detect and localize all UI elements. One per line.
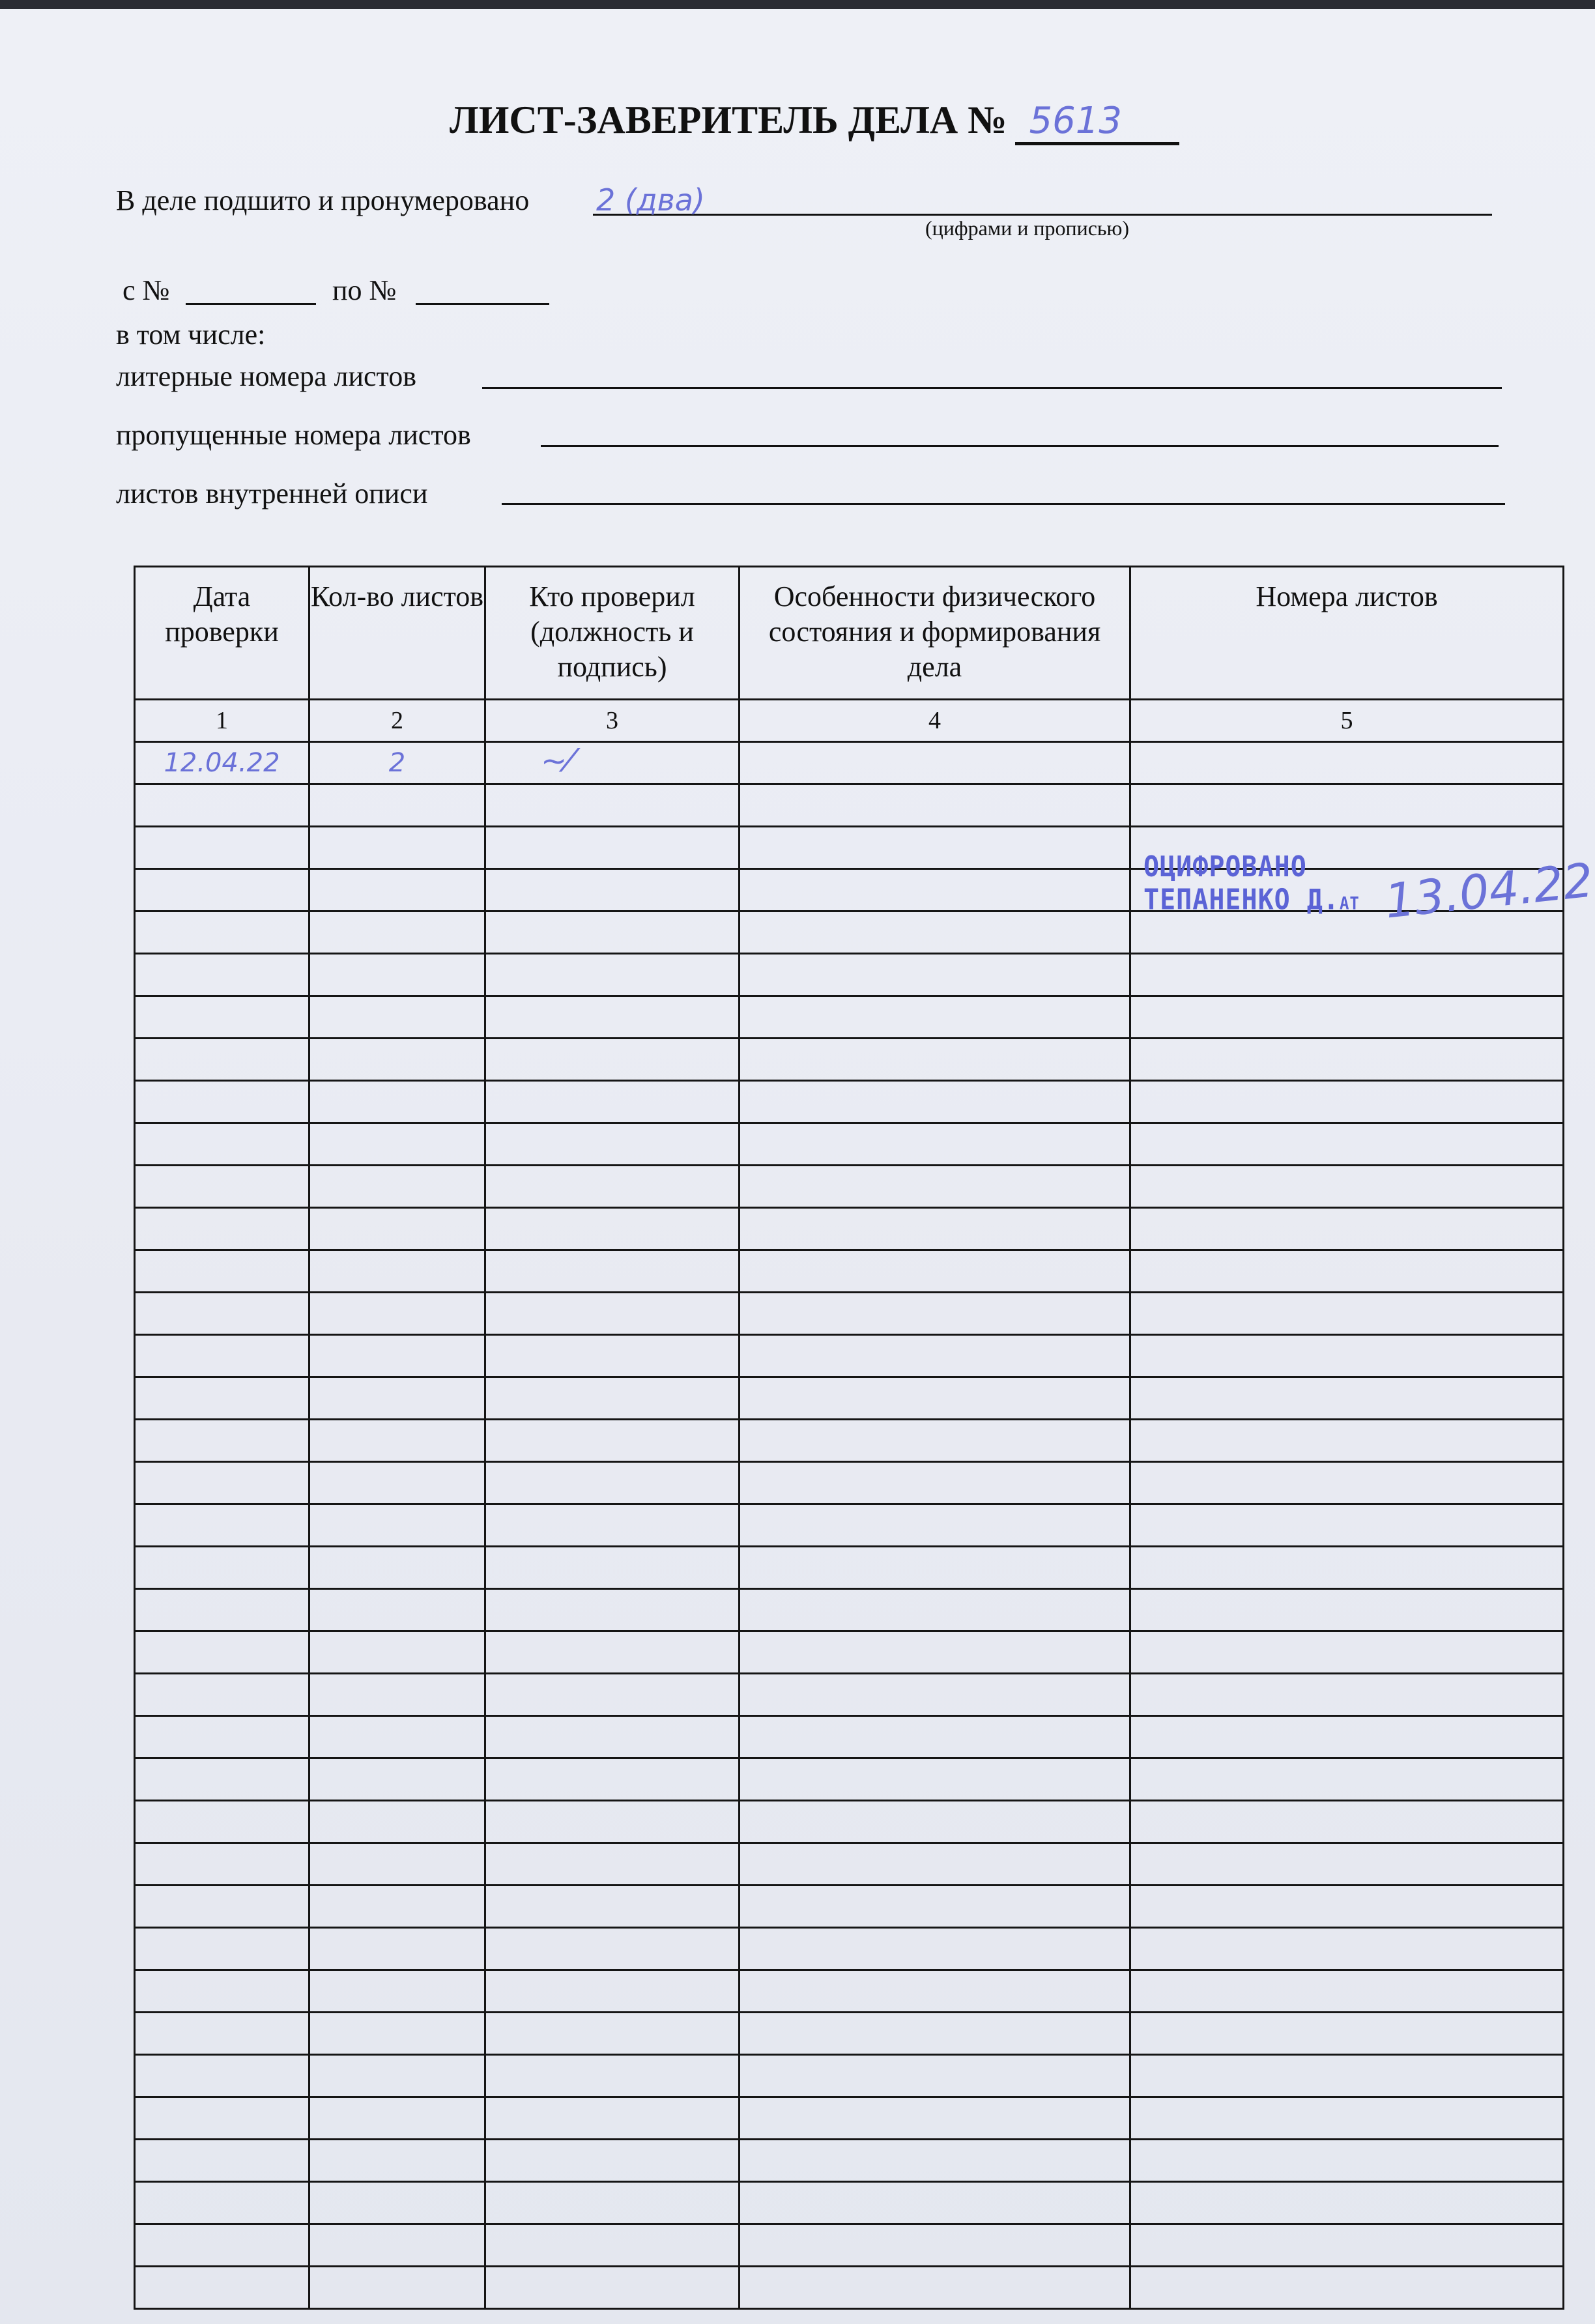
sheet-count-cell[interactable] — [309, 1250, 485, 1293]
digitized-stamp: ОЦИФРОВАНО ТЕПАНЕНКО Д.АТ — [1143, 850, 1360, 920]
sheet-numbers-cell[interactable] — [1130, 1335, 1564, 1377]
table-row — [135, 1293, 1564, 1335]
condition-cell[interactable] — [740, 2055, 1130, 2097]
stamp-line-2: ТЕПАНЕНКО Д. — [1143, 883, 1340, 917]
header-sheet-numbers: Номера листов — [1130, 567, 1564, 700]
sheet-numbers-cell[interactable] — [1130, 1631, 1564, 1674]
sheet-count-cell[interactable] — [309, 1504, 485, 1547]
date-cell[interactable] — [135, 1208, 309, 1250]
sheet-count-cell[interactable] — [309, 1208, 485, 1250]
letter-numbers-label: литерные номера листов — [116, 360, 416, 393]
sheet-count-cell[interactable] — [309, 2097, 485, 2140]
page-title: ЛИСТ-ЗАВЕРИТЕЛЬ ДЕЛА №5613 — [450, 98, 1179, 145]
checked-by-cell[interactable] — [485, 911, 740, 954]
title-text: ЛИСТ-ЗАВЕРИТЕЛЬ ДЕЛА № — [450, 98, 1007, 141]
table-row — [135, 1843, 1564, 1886]
column-number: 1 — [135, 700, 309, 742]
sheet-numbers-cell[interactable] — [1130, 954, 1564, 996]
date-cell[interactable] — [135, 2140, 309, 2182]
sheet-count-cell[interactable] — [309, 954, 485, 996]
condition-cell[interactable] — [740, 784, 1130, 827]
sheet-numbers-cell[interactable] — [1130, 2267, 1564, 2309]
stamp-suffix: АТ — [1340, 893, 1360, 913]
sheet-numbers-cell[interactable] — [1130, 1123, 1564, 1166]
sheet-numbers-cell[interactable] — [1130, 1250, 1564, 1293]
checked-by-cell[interactable] — [485, 827, 740, 869]
condition-cell[interactable] — [740, 954, 1130, 996]
sheet-numbers-cell[interactable] — [1130, 1928, 1564, 1970]
column-number: 4 — [740, 700, 1130, 742]
table-row — [135, 1250, 1564, 1293]
sheet-numbers-cell[interactable] — [1130, 1589, 1564, 1631]
sheet-numbers-cell[interactable] — [1130, 1716, 1564, 1758]
sheet-numbers-cell[interactable] — [1130, 1674, 1564, 1716]
sheet-count-cell[interactable] — [309, 2267, 485, 2309]
sheet-count-cell[interactable] — [309, 1970, 485, 2013]
table-row — [135, 1970, 1564, 2013]
table-row — [135, 1547, 1564, 1589]
missing-numbers-field[interactable] — [541, 445, 1499, 447]
date-cell[interactable] — [135, 2267, 309, 2309]
sheet-count-cell[interactable] — [309, 1166, 485, 1208]
table-row — [135, 1716, 1564, 1758]
checked-by-cell[interactable] — [485, 1123, 740, 1166]
date-cell[interactable] — [135, 996, 309, 1039]
table-row — [135, 954, 1564, 996]
sheet-numbers-cell[interactable] — [1130, 1081, 1564, 1123]
sheet-count-cell[interactable] — [309, 1843, 485, 1886]
condition-cell[interactable] — [740, 2140, 1130, 2182]
table-row — [135, 1081, 1564, 1123]
sheet-numbers-cell[interactable] — [1130, 2182, 1564, 2224]
sheet-numbers-cell[interactable] — [1130, 1547, 1564, 1589]
checked-by-cell[interactable] — [485, 1589, 740, 1631]
table-row — [135, 1420, 1564, 1462]
sheet-count-cell[interactable] — [309, 1293, 485, 1335]
table-row — [135, 1801, 1564, 1843]
checked-by-cell[interactable] — [485, 2055, 740, 2097]
table-row — [135, 1123, 1564, 1166]
sewn-label: В деле подшито и пронумеровано — [116, 184, 529, 217]
sheet-count-cell[interactable] — [309, 2224, 485, 2267]
sheet-count-cell[interactable] — [309, 1928, 485, 1970]
table-row — [135, 1462, 1564, 1504]
date-cell[interactable] — [135, 869, 309, 911]
table-header-row: Дата проверки Кол-во листов Кто проверил… — [135, 567, 1564, 700]
table-row — [135, 2182, 1564, 2224]
sheet-numbers-cell[interactable] — [1130, 1843, 1564, 1886]
condition-cell[interactable] — [740, 1293, 1130, 1335]
date-cell[interactable] — [135, 1801, 309, 1843]
sheet-numbers-cell[interactable] — [1130, 996, 1564, 1039]
header-date: Дата проверки — [135, 567, 309, 700]
table-row — [135, 1886, 1564, 1928]
condition-cell[interactable] — [740, 1801, 1130, 1843]
table-row — [135, 1758, 1564, 1801]
checked-by-cell[interactable] — [485, 1631, 740, 1674]
sheet-numbers-cell[interactable] — [1130, 1970, 1564, 2013]
date-cell[interactable] — [135, 1039, 309, 1081]
sheet-numbers-cell[interactable] — [1130, 1758, 1564, 1801]
sheet-count-cell[interactable] — [309, 1674, 485, 1716]
date-cell[interactable] — [135, 2224, 309, 2267]
condition-cell[interactable] — [740, 1420, 1130, 1462]
date-cell[interactable] — [135, 954, 309, 996]
table-row — [135, 2140, 1564, 2182]
condition-cell[interactable] — [740, 996, 1130, 1039]
date-cell[interactable] — [135, 1970, 309, 2013]
checked-by-cell[interactable] — [485, 742, 740, 784]
condition-cell[interactable] — [740, 1123, 1130, 1166]
condition-cell[interactable] — [740, 1208, 1130, 1250]
from-label: с № — [122, 274, 170, 307]
sheet-numbers-cell[interactable] — [1130, 1208, 1564, 1250]
checked-by-cell[interactable] — [485, 1758, 740, 1801]
date-cell[interactable] — [135, 2182, 309, 2224]
checked-by-cell[interactable] — [485, 1420, 740, 1462]
condition-cell[interactable] — [740, 2224, 1130, 2267]
date-cell[interactable] — [135, 1377, 309, 1420]
condition-cell[interactable] — [740, 1250, 1130, 1293]
sheet-count-cell[interactable] — [309, 784, 485, 827]
sheet-numbers-cell[interactable] — [1130, 742, 1564, 784]
checked-by-cell[interactable] — [485, 2224, 740, 2267]
condition-cell[interactable] — [740, 1758, 1130, 1801]
table-row — [135, 1377, 1564, 1420]
sewn-hint: (цифрами и прописью) — [925, 216, 1129, 240]
condition-cell[interactable] — [740, 742, 1130, 784]
date-cell[interactable] — [135, 1843, 309, 1886]
table-row — [135, 2055, 1564, 2097]
sheet-numbers-cell[interactable] — [1130, 1039, 1564, 1081]
letter-numbers-field[interactable] — [482, 387, 1502, 389]
sheet-count-cell[interactable]: 2 — [309, 742, 485, 784]
checked-by-cell[interactable] — [485, 954, 740, 996]
date-cell[interactable] — [135, 1758, 309, 1801]
sheet-numbers-cell[interactable] — [1130, 1504, 1564, 1547]
sheet-count-cell[interactable] — [309, 1631, 485, 1674]
sheet-count-cell[interactable] — [309, 2055, 485, 2097]
checked-by-cell[interactable] — [485, 1081, 740, 1123]
date-cell[interactable] — [135, 1631, 309, 1674]
condition-cell[interactable] — [740, 2267, 1130, 2309]
checked-by-cell[interactable] — [485, 1250, 740, 1293]
condition-cell[interactable] — [740, 1970, 1130, 2013]
checked-by-cell[interactable] — [485, 1674, 740, 1716]
condition-cell[interactable] — [740, 1631, 1130, 1674]
column-number: 5 — [1130, 700, 1564, 742]
sheet-count-cell[interactable] — [309, 827, 485, 869]
table-row: 12.04.22 2 — [135, 742, 1564, 784]
sheet-numbers-cell[interactable] — [1130, 1293, 1564, 1335]
table-row — [135, 1166, 1564, 1208]
checked-by-cell[interactable] — [485, 996, 740, 1039]
checked-by-cell[interactable] — [485, 2097, 740, 2140]
signature-mark: ~⁄ — [541, 743, 572, 779]
table-row — [135, 1504, 1564, 1547]
column-number: 3 — [485, 700, 740, 742]
header-checked-by: Кто проверил (должность и подпись) — [485, 567, 740, 700]
sheet-count-cell[interactable] — [309, 1420, 485, 1462]
date-cell[interactable] — [135, 1716, 309, 1758]
date-cell[interactable] — [135, 1081, 309, 1123]
condition-cell[interactable] — [740, 1547, 1130, 1589]
sheet-count-cell[interactable] — [309, 1335, 485, 1377]
condition-cell[interactable] — [740, 1377, 1130, 1420]
table-row — [135, 1928, 1564, 1970]
sheet-numbers-cell[interactable] — [1130, 2224, 1564, 2267]
condition-cell[interactable] — [740, 1039, 1130, 1081]
case-number-field[interactable]: 5613 — [1015, 100, 1179, 145]
condition-cell[interactable] — [740, 827, 1130, 869]
sheet-count-cell[interactable] — [309, 1039, 485, 1081]
checked-by-cell[interactable] — [485, 1547, 740, 1589]
sheet-count-cell[interactable] — [309, 1886, 485, 1928]
checked-by-cell[interactable] — [485, 1886, 740, 1928]
from-number-field[interactable] — [186, 303, 316, 305]
date-cell[interactable] — [135, 784, 309, 827]
condition-cell[interactable] — [740, 1504, 1130, 1547]
date-cell[interactable] — [135, 911, 309, 954]
sheet-count-cell[interactable] — [309, 996, 485, 1039]
checked-by-cell[interactable] — [485, 1970, 740, 2013]
checked-by-cell[interactable] — [485, 1039, 740, 1081]
sheet-count-cell[interactable] — [309, 2182, 485, 2224]
condition-cell[interactable] — [740, 1886, 1130, 1928]
sewn-count-field[interactable] — [593, 214, 1492, 216]
condition-cell[interactable] — [740, 1674, 1130, 1716]
sheet-numbers-cell[interactable] — [1130, 1462, 1564, 1504]
table-row — [135, 784, 1564, 827]
sheet-count-cell[interactable] — [309, 911, 485, 954]
checked-by-cell[interactable] — [485, 1166, 740, 1208]
checked-by-cell[interactable] — [485, 1716, 740, 1758]
date-cell[interactable] — [135, 1420, 309, 1462]
sheet-count-cell[interactable] — [309, 1801, 485, 1843]
including-label: в том числе: — [116, 318, 265, 351]
column-number-row: 1 2 3 4 5 — [135, 700, 1564, 742]
sheet-numbers-cell[interactable] — [1130, 2055, 1564, 2097]
sheet-numbers-cell[interactable] — [1130, 784, 1564, 827]
condition-cell[interactable] — [740, 911, 1130, 954]
checked-by-cell[interactable] — [485, 1843, 740, 1886]
stamp-line-1: ОЦИФРОВАНО — [1143, 850, 1360, 883]
checked-by-cell[interactable] — [485, 1504, 740, 1547]
inner-inventory-field[interactable] — [502, 503, 1505, 505]
table-row — [135, 1335, 1564, 1377]
to-label: по № — [332, 274, 397, 307]
checked-by-cell[interactable] — [485, 1801, 740, 1843]
table-row — [135, 2267, 1564, 2309]
date-cell[interactable] — [135, 1547, 309, 1589]
sheet-count-cell[interactable] — [309, 2140, 485, 2182]
date-cell[interactable] — [135, 1166, 309, 1208]
sheet-count-cell[interactable] — [309, 869, 485, 911]
date-cell[interactable]: 12.04.22 — [135, 742, 309, 784]
sheet-count-cell[interactable] — [309, 1716, 485, 1758]
missing-numbers-label: пропущенные номера листов — [116, 418, 471, 452]
condition-cell[interactable] — [740, 1335, 1130, 1377]
sheet-count-cell[interactable] — [309, 1589, 485, 1631]
checked-by-cell[interactable] — [485, 1462, 740, 1504]
table-row — [135, 1631, 1564, 1674]
sheet-numbers-cell[interactable] — [1130, 1420, 1564, 1462]
condition-cell[interactable] — [740, 869, 1130, 911]
header-sheet-count: Кол-во листов — [309, 567, 485, 700]
sheet-numbers-cell[interactable] — [1130, 1166, 1564, 1208]
sheet-count-cell[interactable] — [309, 1758, 485, 1801]
sheet-count-cell[interactable] — [309, 1123, 485, 1166]
table-row — [135, 1674, 1564, 1716]
condition-cell[interactable] — [740, 2097, 1130, 2140]
checked-by-cell[interactable] — [485, 869, 740, 911]
condition-cell[interactable] — [740, 1166, 1130, 1208]
date-cell[interactable] — [135, 2055, 309, 2097]
checked-by-cell[interactable] — [485, 784, 740, 827]
date-cell[interactable] — [135, 1123, 309, 1166]
date-cell[interactable] — [135, 1462, 309, 1504]
sheet-count-cell[interactable] — [309, 1547, 485, 1589]
table-row — [135, 996, 1564, 1039]
checked-by-cell[interactable] — [485, 1335, 740, 1377]
date-cell[interactable] — [135, 1335, 309, 1377]
condition-cell[interactable] — [740, 1928, 1130, 1970]
sheet-count-cell[interactable] — [309, 1377, 485, 1420]
header-condition: Особенности физического состояния и форм… — [740, 567, 1130, 700]
date-cell[interactable] — [135, 1589, 309, 1631]
checked-by-cell[interactable] — [485, 1208, 740, 1250]
sheet-numbers-cell[interactable] — [1130, 2097, 1564, 2140]
date-cell[interactable] — [135, 2013, 309, 2055]
sewn-count-value: 2 (два) — [596, 182, 705, 218]
date-cell[interactable] — [135, 1674, 309, 1716]
table-row — [135, 2013, 1564, 2055]
checked-by-cell[interactable] — [485, 2013, 740, 2055]
checked-by-cell[interactable] — [485, 2140, 740, 2182]
date-cell[interactable] — [135, 1886, 309, 1928]
condition-cell[interactable] — [740, 1843, 1130, 1886]
checked-by-cell[interactable] — [485, 1293, 740, 1335]
condition-cell[interactable] — [740, 1081, 1130, 1123]
condition-cell[interactable] — [740, 1462, 1130, 1504]
table-row — [135, 1039, 1564, 1081]
sheet-numbers-cell[interactable] — [1130, 1377, 1564, 1420]
checked-by-cell[interactable] — [485, 1928, 740, 1970]
verification-table: Дата проверки Кол-во листов Кто проверил… — [134, 566, 1564, 2310]
condition-cell[interactable] — [740, 1589, 1130, 1631]
table-row — [135, 1208, 1564, 1250]
date-cell[interactable] — [135, 1928, 309, 1970]
column-number: 2 — [309, 700, 485, 742]
date-cell[interactable] — [135, 1504, 309, 1547]
sheet-count-cell[interactable] — [309, 1081, 485, 1123]
table-row — [135, 1589, 1564, 1631]
date-cell[interactable] — [135, 1250, 309, 1293]
inner-inventory-label: листов внутренней описи — [116, 477, 427, 510]
checked-by-cell[interactable] — [485, 2267, 740, 2309]
sheet-numbers-cell[interactable] — [1130, 2140, 1564, 2182]
table-row — [135, 2097, 1564, 2140]
condition-cell[interactable] — [740, 2182, 1130, 2224]
table-row — [135, 2224, 1564, 2267]
sheet-numbers-cell[interactable] — [1130, 1886, 1564, 1928]
sheet-numbers-cell[interactable] — [1130, 1801, 1564, 1843]
condition-cell[interactable] — [740, 1716, 1130, 1758]
date-cell[interactable] — [135, 1293, 309, 1335]
condition-cell[interactable] — [740, 2013, 1130, 2055]
sheet-count-cell[interactable] — [309, 1462, 485, 1504]
date-cell[interactable] — [135, 827, 309, 869]
date-cell[interactable] — [135, 2097, 309, 2140]
to-number-field[interactable] — [416, 303, 549, 305]
sheet-numbers-cell[interactable] — [1130, 2013, 1564, 2055]
sheet-count-cell[interactable] — [309, 2013, 485, 2055]
checked-by-cell[interactable] — [485, 2182, 740, 2224]
checked-by-cell[interactable] — [485, 1377, 740, 1420]
